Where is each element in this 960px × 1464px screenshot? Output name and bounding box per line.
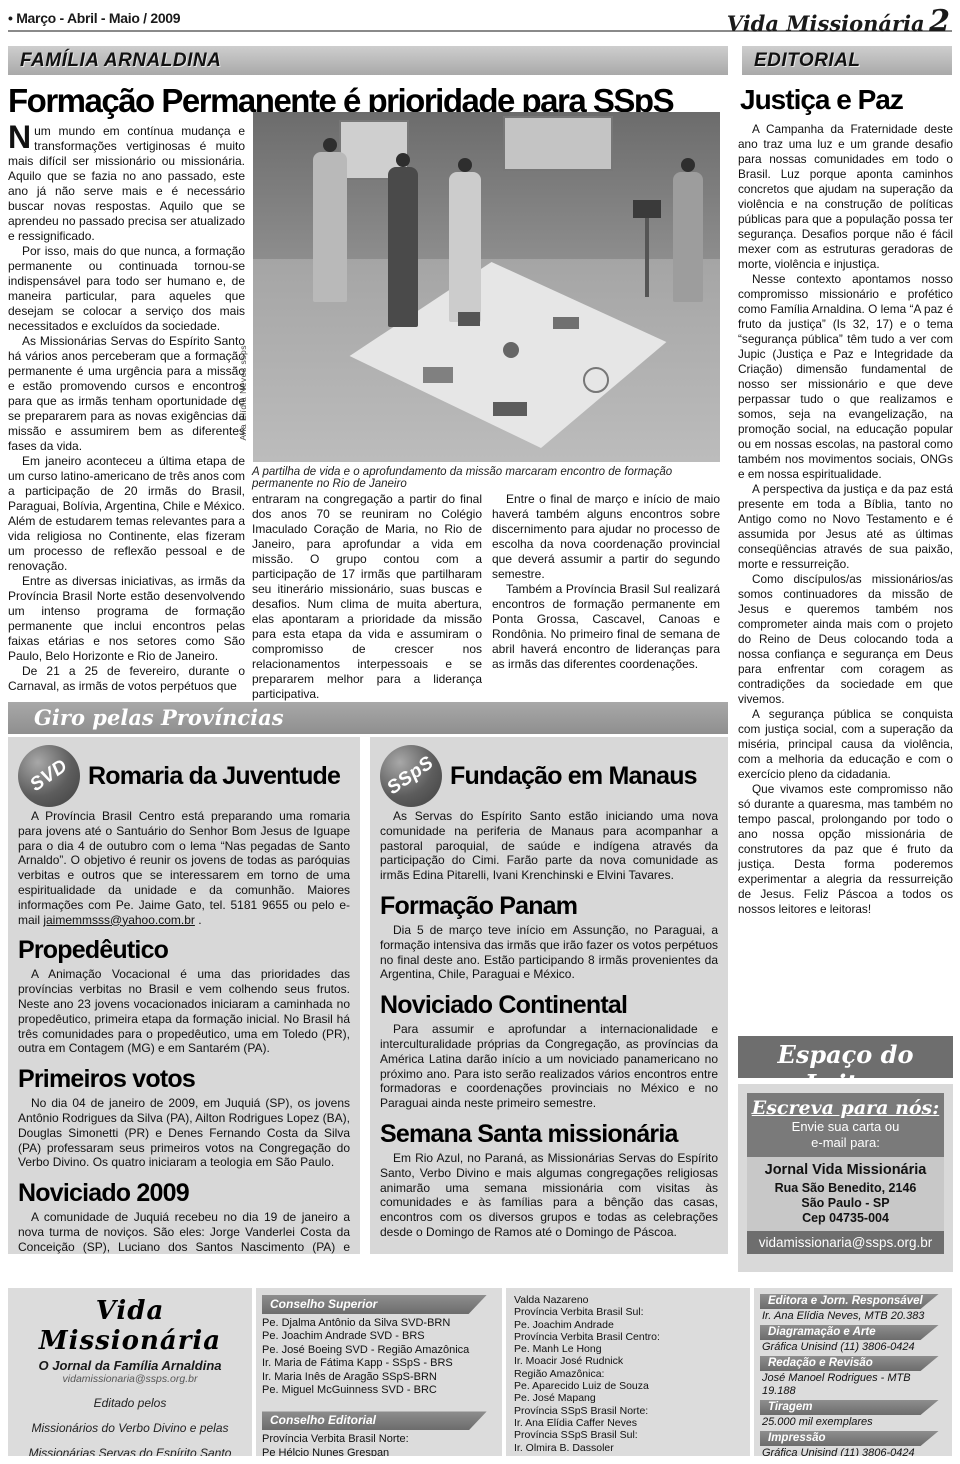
giro-panel-ssps: SSpS Fundação em Manaus As Servas do Esp… — [370, 737, 728, 1254]
manaus-heading-row: SSpS Fundação em Manaus — [380, 745, 718, 807]
photo-stand — [645, 207, 649, 297]
photo-object — [458, 312, 480, 326]
conselho-editorial-line: Província Verbita Brasil Norte: — [262, 1433, 496, 1446]
contact-email: vidamissionaria@ssps.org.br — [747, 1231, 944, 1254]
footer-edited-line: Missionárias Servas do Espírito Santo — [8, 1446, 252, 1456]
continental-title: Noviciado Continental — [380, 991, 718, 1020]
credit-label: Tiragem — [760, 1400, 939, 1415]
romaria-email: jaimemmsss@yahoo.com.br — [43, 913, 195, 927]
date-line: • Março - Abril - Maio / 2009 — [8, 10, 180, 26]
credit-label: Redação e Revisão — [760, 1356, 939, 1371]
conselho-superior-member: Pe. Djalma Antônio da Silva SVD-BRN — [262, 1317, 496, 1330]
editorial-member-line: Região Amazônica: — [514, 1368, 742, 1380]
credit-value: 25.000 mil exemplares — [760, 1416, 946, 1429]
credit-pair: Impressão Gráfica Unisind (11) 3806-0424 — [760, 1431, 946, 1456]
noviciado-2009-title: Noviciado 2009 — [18, 1179, 350, 1208]
article-column-1: Num mundo em contínua mudança e transfor… — [8, 124, 245, 704]
credit-value: Gráfica Unisind (11) 3806-0424 — [760, 1341, 946, 1354]
editorial-member-line: Província Verbita Brasil Centro: — [514, 1331, 742, 1343]
credit-label: Editora e Jorn. Responsável — [760, 1294, 939, 1309]
ssps-badge-icon: SSpS — [380, 745, 442, 807]
brand-name: Vida Missionária — [727, 11, 925, 36]
credit-pair: Redação e Revisão José Manoel Rodrigues … — [760, 1356, 946, 1398]
photo-object — [493, 402, 527, 416]
editorial-member-line: Pe. Manh Le Hong — [514, 1343, 742, 1355]
photo-person — [449, 172, 481, 322]
editorial-member-line: Ir. Ana Elídia Caffer Neves — [514, 1417, 742, 1429]
continental-body: Para assumir e aprofundar a internaciona… — [380, 1022, 718, 1111]
photo-person-head — [681, 158, 695, 172]
footer-subtitle: O Jornal da Família Arnaldina — [8, 1358, 252, 1373]
credit-label: Impressão — [760, 1431, 939, 1446]
address-box: Jornal Vida Missionária Rua São Benedito… — [747, 1157, 944, 1231]
giro-panel-svd: SVD Romaria da Juventude A Província Bra… — [8, 737, 360, 1254]
editorial-headline: Justiça e Paz — [740, 84, 954, 116]
address-line: Cep 04735-004 — [749, 1211, 942, 1226]
manaus-title: Fundação em Manaus — [450, 762, 697, 791]
romaria-body: A Província Brasil Centro está preparand… — [18, 809, 350, 927]
editorial-paragraph: Que vivamos este compromisso não só dura… — [738, 782, 953, 917]
romaria-heading-row: SVD Romaria da Juventude — [18, 745, 350, 807]
page-number: 2 — [929, 4, 950, 39]
article-photo — [253, 112, 720, 462]
credit-pair: Tiragem 25.000 mil exemplares — [760, 1400, 946, 1429]
semana-santa-body: Em Rio Azul, no Paraná, as Missionárias … — [380, 1151, 718, 1240]
photo-object — [503, 342, 519, 358]
article-paragraph: As Missionárias Servas do Espírito Santo… — [8, 334, 245, 454]
invite-line: Envie sua carta ou — [749, 1119, 942, 1135]
footer-edited-line: Missionários do Verbo Divino e pelas — [8, 1421, 252, 1435]
article-paragraph: Entre as diversas iniciativas, as irmãs … — [8, 574, 245, 664]
conselho-editorial-label: Conselho Editorial — [262, 1411, 487, 1430]
photo-stand-top — [633, 200, 661, 218]
credit-pair: Diagramação e Arte Gráfica Unisind (11) … — [760, 1325, 946, 1354]
romaria-title: Romaria da Juventude — [88, 762, 340, 791]
drop-cap: N — [8, 124, 34, 150]
propedeutico-body: A Animação Vocacional é uma das priorida… — [18, 967, 350, 1056]
article-paragraph: entraram na congregação a partir do fina… — [252, 492, 482, 702]
espaco-leitor-box: Escreva para nós: Envie sua carta ou e-m… — [738, 1084, 953, 1272]
photo-person-head — [458, 158, 472, 172]
journal-name: Jornal Vida Missionária — [749, 1162, 942, 1178]
editorial-column: A Campanha da Fraternidade deste ano tra… — [738, 122, 953, 1030]
photo-object — [423, 367, 453, 383]
editorial-paragraph: A segurança pública se conquista com jus… — [738, 707, 953, 782]
editorial-paragraph: Nesse contexto apontamos nosso compromis… — [738, 272, 953, 482]
article-paragraph: De 21 a 25 de fevereiro, durante o Carna… — [8, 664, 245, 694]
editorial-paragraph: A perspectiva da justiça e da paz está p… — [738, 482, 953, 572]
primeiros-votos-title: Primeiros votos — [18, 1065, 350, 1094]
photo-window — [503, 116, 613, 171]
romaria-text: A Província Brasil Centro está preparand… — [18, 809, 350, 927]
footer-email: vidamissionaria@ssps.org.br — [8, 1373, 252, 1385]
article-paragraph: Por isso, mais do que nunca, a formação … — [8, 244, 245, 334]
credit-pair: Editora e Jorn. Responsável Ir. Ana Elíd… — [760, 1294, 946, 1323]
photo-person — [673, 172, 703, 302]
editorial-member-line: Ir. Olmira B. Dassoler — [514, 1442, 742, 1454]
conselho-superior-member: Pe. José Boeing SVD - Região Amazônica — [262, 1344, 496, 1357]
footer-logo: Vida Missionária — [8, 1296, 252, 1356]
manaus-body: As Servas do Espírito Santo estão inicia… — [380, 809, 718, 883]
newspaper-page: • Março - Abril - Maio / 2009 Vida Missi… — [0, 0, 960, 1464]
article-paragraph: Num mundo em contínua mudança e transfor… — [8, 124, 245, 244]
article-paragraph: Também a Província Brasil Sul realizará … — [492, 582, 720, 672]
conselho-superior-list: Pe. Djalma Antônio da Silva SVD-BRN Pe. … — [262, 1317, 496, 1397]
article-paragraph: Em janeiro aconteceu a última etapa de u… — [8, 454, 245, 574]
conselho-superior-member: Pe. Miguel McGuinness SVD - BRC — [262, 1384, 496, 1397]
address-line: Rua São Benedito, 2146 — [749, 1181, 942, 1196]
credit-value: Gráfica Unisind (11) 3806-0424 — [760, 1447, 946, 1456]
photo-caption: A partilha de vida e o aprofundamento da… — [252, 466, 722, 490]
panam-body: Dia 5 de março teve início em Assunção, … — [380, 923, 718, 982]
giro-section-bar: Giro pelas Províncias — [8, 702, 728, 734]
article-column-2: entraram na congregação a partir do fina… — [252, 492, 482, 704]
editorial-member-line: Valda Nazareno — [514, 1294, 742, 1306]
noviciado-2009-body: A comunidade de Juquiá recebeu no dia 19… — [18, 1210, 350, 1254]
conselho-superior-member: Ir. Maria de Fátima Kapp - SSpS - BRS — [262, 1357, 496, 1370]
editorial-member-line: Província SSpS Brasil Norte: — [514, 1405, 742, 1417]
footer-credits-box: Editora e Jorn. Responsável Ir. Ana Elíd… — [754, 1288, 952, 1456]
editorial-member-line: Pe. José Mapang — [514, 1392, 742, 1404]
semana-santa-title: Semana Santa missionária — [380, 1120, 718, 1149]
footer-masthead-box: Vida Missionária O Jornal da Família Arn… — [8, 1288, 252, 1456]
masthead-brand: Vida Missionária 2 — [727, 4, 950, 39]
credit-label: Diagramação e Arte — [760, 1325, 939, 1340]
top-bar: • Março - Abril - Maio / 2009 Vida Missi… — [8, 4, 952, 32]
footer-conselho-box: Conselho Superior Pe. Djalma Antônio da … — [256, 1288, 502, 1456]
footer-edited-line: Editado pelos — [8, 1396, 252, 1410]
article-column-3: Entre o final de março e início de maio … — [492, 492, 720, 704]
espaco-leitor-bar: Espaço do Leitor — [738, 1036, 953, 1078]
primeiros-votos-body: No dia 04 de janeiro de 2009, em Juquiá … — [18, 1096, 350, 1170]
photo-person — [313, 152, 347, 302]
address-line: São Paulo - SP — [749, 1196, 942, 1211]
photo-person-head — [323, 138, 337, 152]
photo-person-head — [396, 153, 410, 167]
credit-value: Ir. Ana Elídia Neves, MTB 20.383 — [760, 1310, 946, 1323]
editorial-member-line: Província Verbita Brasil Sul: — [514, 1306, 742, 1318]
ssps-badge-label: SSpS — [384, 752, 439, 800]
svd-badge-label: SVD — [26, 755, 72, 796]
conselho-superior-member: Pe. Joachim Andrade SVD - BRS — [262, 1330, 496, 1343]
section-bar-familia-arnaldina: FAMÍLIA ARNALDINA — [8, 46, 728, 75]
paragraph-text: um mundo em contínua mudança e transform… — [8, 124, 245, 243]
editorial-member-line: Ir. Moacir José Rudnick — [514, 1355, 742, 1367]
write-to-us-label: Escreva para nós: — [749, 1097, 942, 1119]
editorial-member-line: Província SSpS Brasil Sul: — [514, 1429, 742, 1441]
photo-person — [388, 167, 418, 327]
credit-value: José Manoel Rodrigues - MTB 19.188 — [760, 1372, 946, 1398]
editorial-paragraph: A Campanha da Fraternidade deste ano tra… — [738, 122, 953, 272]
write-to-us-box: Escreva para nós: Envie sua carta ou e-m… — [747, 1093, 944, 1157]
photo-object — [553, 317, 579, 329]
conselho-superior-member: Ir. Maria Inês de Aragão SSpS-BRN — [262, 1371, 496, 1384]
romaria-text-end: . — [195, 913, 202, 927]
footer-editorial-members-box: Valda Nazareno Província Verbita Brasil … — [506, 1288, 750, 1456]
section-bar-editorial: EDITORIAL — [742, 46, 952, 75]
svd-badge-icon: SVD — [18, 745, 80, 807]
photo-credit: Ana Elídia Neves ssps — [238, 345, 250, 441]
propedeutico-title: Propedêutico — [18, 936, 350, 965]
conselho-superior-label: Conselho Superior — [262, 1295, 487, 1314]
conselho-editorial-list: Província Verbita Brasil Norte: Pe Hélci… — [262, 1433, 496, 1456]
article-paragraph: Entre o final de março e início de maio … — [492, 492, 720, 582]
editorial-member-line: Pe. Joachim Andrade — [514, 1319, 742, 1331]
invite-line: e-mail para: — [749, 1135, 942, 1151]
editorial-member-line: Pe. Aparecido Luiz de Souza — [514, 1380, 742, 1392]
editorial-paragraph: Como discípulos/as missionários/as somos… — [738, 572, 953, 707]
conselho-editorial-line: Pe Hélcio Nunes Grespan — [262, 1447, 496, 1456]
photo-object — [583, 367, 609, 393]
panam-title: Formação Panam — [380, 892, 718, 921]
